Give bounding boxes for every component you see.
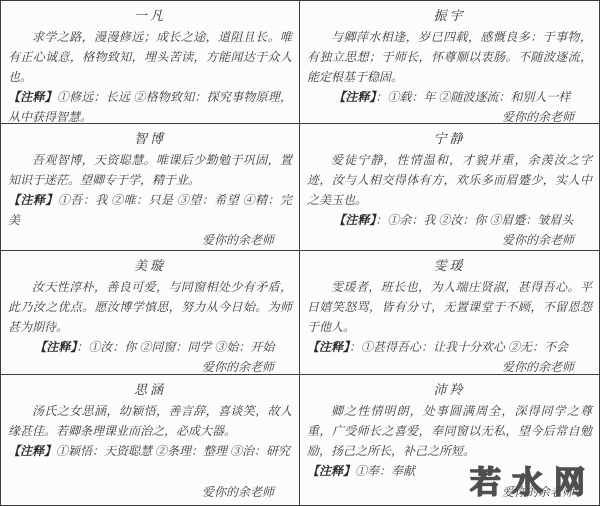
annotation-text: ：①载：年 ②随波逐流：和别人一样 [375,90,570,104]
annotation-label: 【注释】 [8,193,58,207]
annotation-label: 【注释】 [333,90,375,104]
comment-card-yifan: 一凡 求学之路，漫漫修远；成长之途，道阻且长。唯有正心诚意，格物致知，埋头苦读，… [1,1,300,124]
comment-card-meixuan: 美璇 汝天性淳朴，善良可爱，与同窗相处少有矛盾，此乃汝之优点。愿汝博学慎思，努力… [1,251,300,375]
annotation-line: 【注释】①奉：奉献 [307,461,592,481]
annotation-line: 【注释】：①载：年 ②随波逐流：和别人一样 [307,87,592,107]
student-name-title: 雯瑗 [307,256,592,275]
annotation-line: 【注释】：①余：我 ②汝：你 ③眉蹙：皱眉头 [307,210,592,230]
student-name-title: 沛羚 [307,380,592,399]
comment-body: 雯瑗者，班长也，为人端庄贤淑，甚得吾心。平日嬉笑怒骂，皆有分寸，无置课堂于不顾，… [307,277,592,337]
annotation-line: 【注释】：①甚得吾心：让我十分欢心 ②无：不会 [307,337,592,357]
annotation-label: 【注释】 [34,340,76,354]
teacher-comments-sheet: 一凡 求学之路，漫漫修远；成长之途，道阻且长。唯有正心诚意，格物致知，埋头苦读，… [0,0,600,506]
annotation-line: 【注释】：①汝：你 ②同窗：同学 ③始：开始 [8,337,292,357]
comments-table: 一凡 求学之路，漫漫修远；成长之途，道阻且长。唯有正心诚意，格物致知，埋头苦读，… [0,0,600,506]
annotation-line: 【注释】①颖悟：天资聪慧 ②条理：整理 ③治：研究 [8,441,292,461]
annotation-line: 【注释】①修远：长远 ②格物致知：探究事物原理，从中获得智慧。 [8,87,292,124]
annotation-line: 【注释】①吾：我 ②唯：只是 ③望：希望 ④精：完美 [8,190,292,230]
annotation-label: 【注释】 [307,340,349,354]
comment-body: 卿之性情明朗，处事圆满周全，深得同学之尊重，广受师长之喜爱，奉同窗以无私，望今后… [307,401,592,461]
comment-body: 汝天性淳朴，善良可爱，与同窗相处少有矛盾，此乃汝之优点。愿汝博学慎思，努力从今日… [8,277,292,337]
annotation-label: 【注释】 [307,464,355,478]
annotation-text: ：①甚得吾心：让我十分欢心 ②无：不会 [349,340,568,354]
annotation-text: ①奉：奉献 [355,464,415,478]
comment-card-wenyuan: 雯瑗 雯瑗者，班长也，为人端庄贤淑，甚得吾心。平日嬉笑怒骂，皆有分寸，无置课堂于… [300,251,599,375]
student-name-title: 振宇 [307,6,592,25]
comment-card-sihan: 思涵 汤氏之女思涵，幼颖悟，善言辞，喜谈笑，故人缘甚佳。若卿条理课业而治之，必成… [1,375,300,505]
comment-body: 与卿萍水相逢，岁已四载，感慨良多：于事物，有独立思想；于师长，怀尊顺以衷肠。不随… [307,27,592,87]
comment-body: 爱徒宁静，性情温和，才貌并重，余羡汝之字迹，汝与人相交得体有方，欢乐多而眉蹙少，… [307,150,592,210]
comment-body: 吾观智博，天资聪慧。唯课后少勤勉于巩固，置知识于迷茫。望卿专于学，精于业。 [8,150,292,190]
annotation-label: 【注释】 [8,90,57,104]
teacher-signature: 爱你的余老师 [8,230,292,250]
teacher-signature: 爱你的余老师 [307,357,592,375]
comment-card-zhenyu: 振宇 与卿萍水相逢，岁已四载，感慨良多：于事物，有独立思想；于师长，怀尊顺以衷肠… [300,1,599,124]
comment-body: 汤氏之女思涵，幼颖悟，善言辞，喜谈笑，故人缘甚佳。若卿条理课业而治之，必成大器。 [8,401,292,441]
student-name-title: 一凡 [8,6,292,25]
annotation-text: ：①汝：你 ②同窗：同学 ③始：开始 [76,340,274,354]
comment-body: 求学之路，漫漫修远；成长之途，道阻且长。唯有正心诚意，格物致知，埋头苦读，方能闻… [8,27,292,87]
student-name-title: 宁静 [307,129,592,148]
comment-card-peiling: 沛羚 卿之性情明朗，处事圆满周全，深得同学之尊重，广受师长之喜爱，奉同窗以无私，… [300,375,599,505]
annotation-text: ①颖悟：天资聪慧 ②条理：整理 ③治：研究 [56,444,290,458]
student-name-title: 美璇 [8,256,292,275]
annotation-label: 【注释】 [8,444,56,458]
student-name-title: 智博 [8,129,292,148]
comment-card-ningjing: 宁静 爱徒宁静，性情温和，才貌并重，余羡汝之字迹，汝与人相交得体有方，欢乐多而眉… [300,124,599,251]
student-name-title: 思涵 [8,380,292,399]
teacher-signature: 爱你的余老师 [307,107,592,124]
comment-card-zhibo: 智博 吾观智博，天资聪慧。唯课后少勤勉于巩固，置知识于迷茫。望卿专于学，精于业。… [1,124,300,251]
annotation-label: 【注释】 [333,213,375,227]
teacher-signature: 爱你的余老师 [307,230,592,250]
teacher-signature: 爱你的余老师 [307,482,592,502]
teacher-signature: 爱你的余老师 [8,357,292,375]
teacher-signature: 爱你的余老师 [8,482,292,502]
annotation-text: ：①余：我 ②汝：你 ③眉蹙：皱眉头 [375,213,573,227]
